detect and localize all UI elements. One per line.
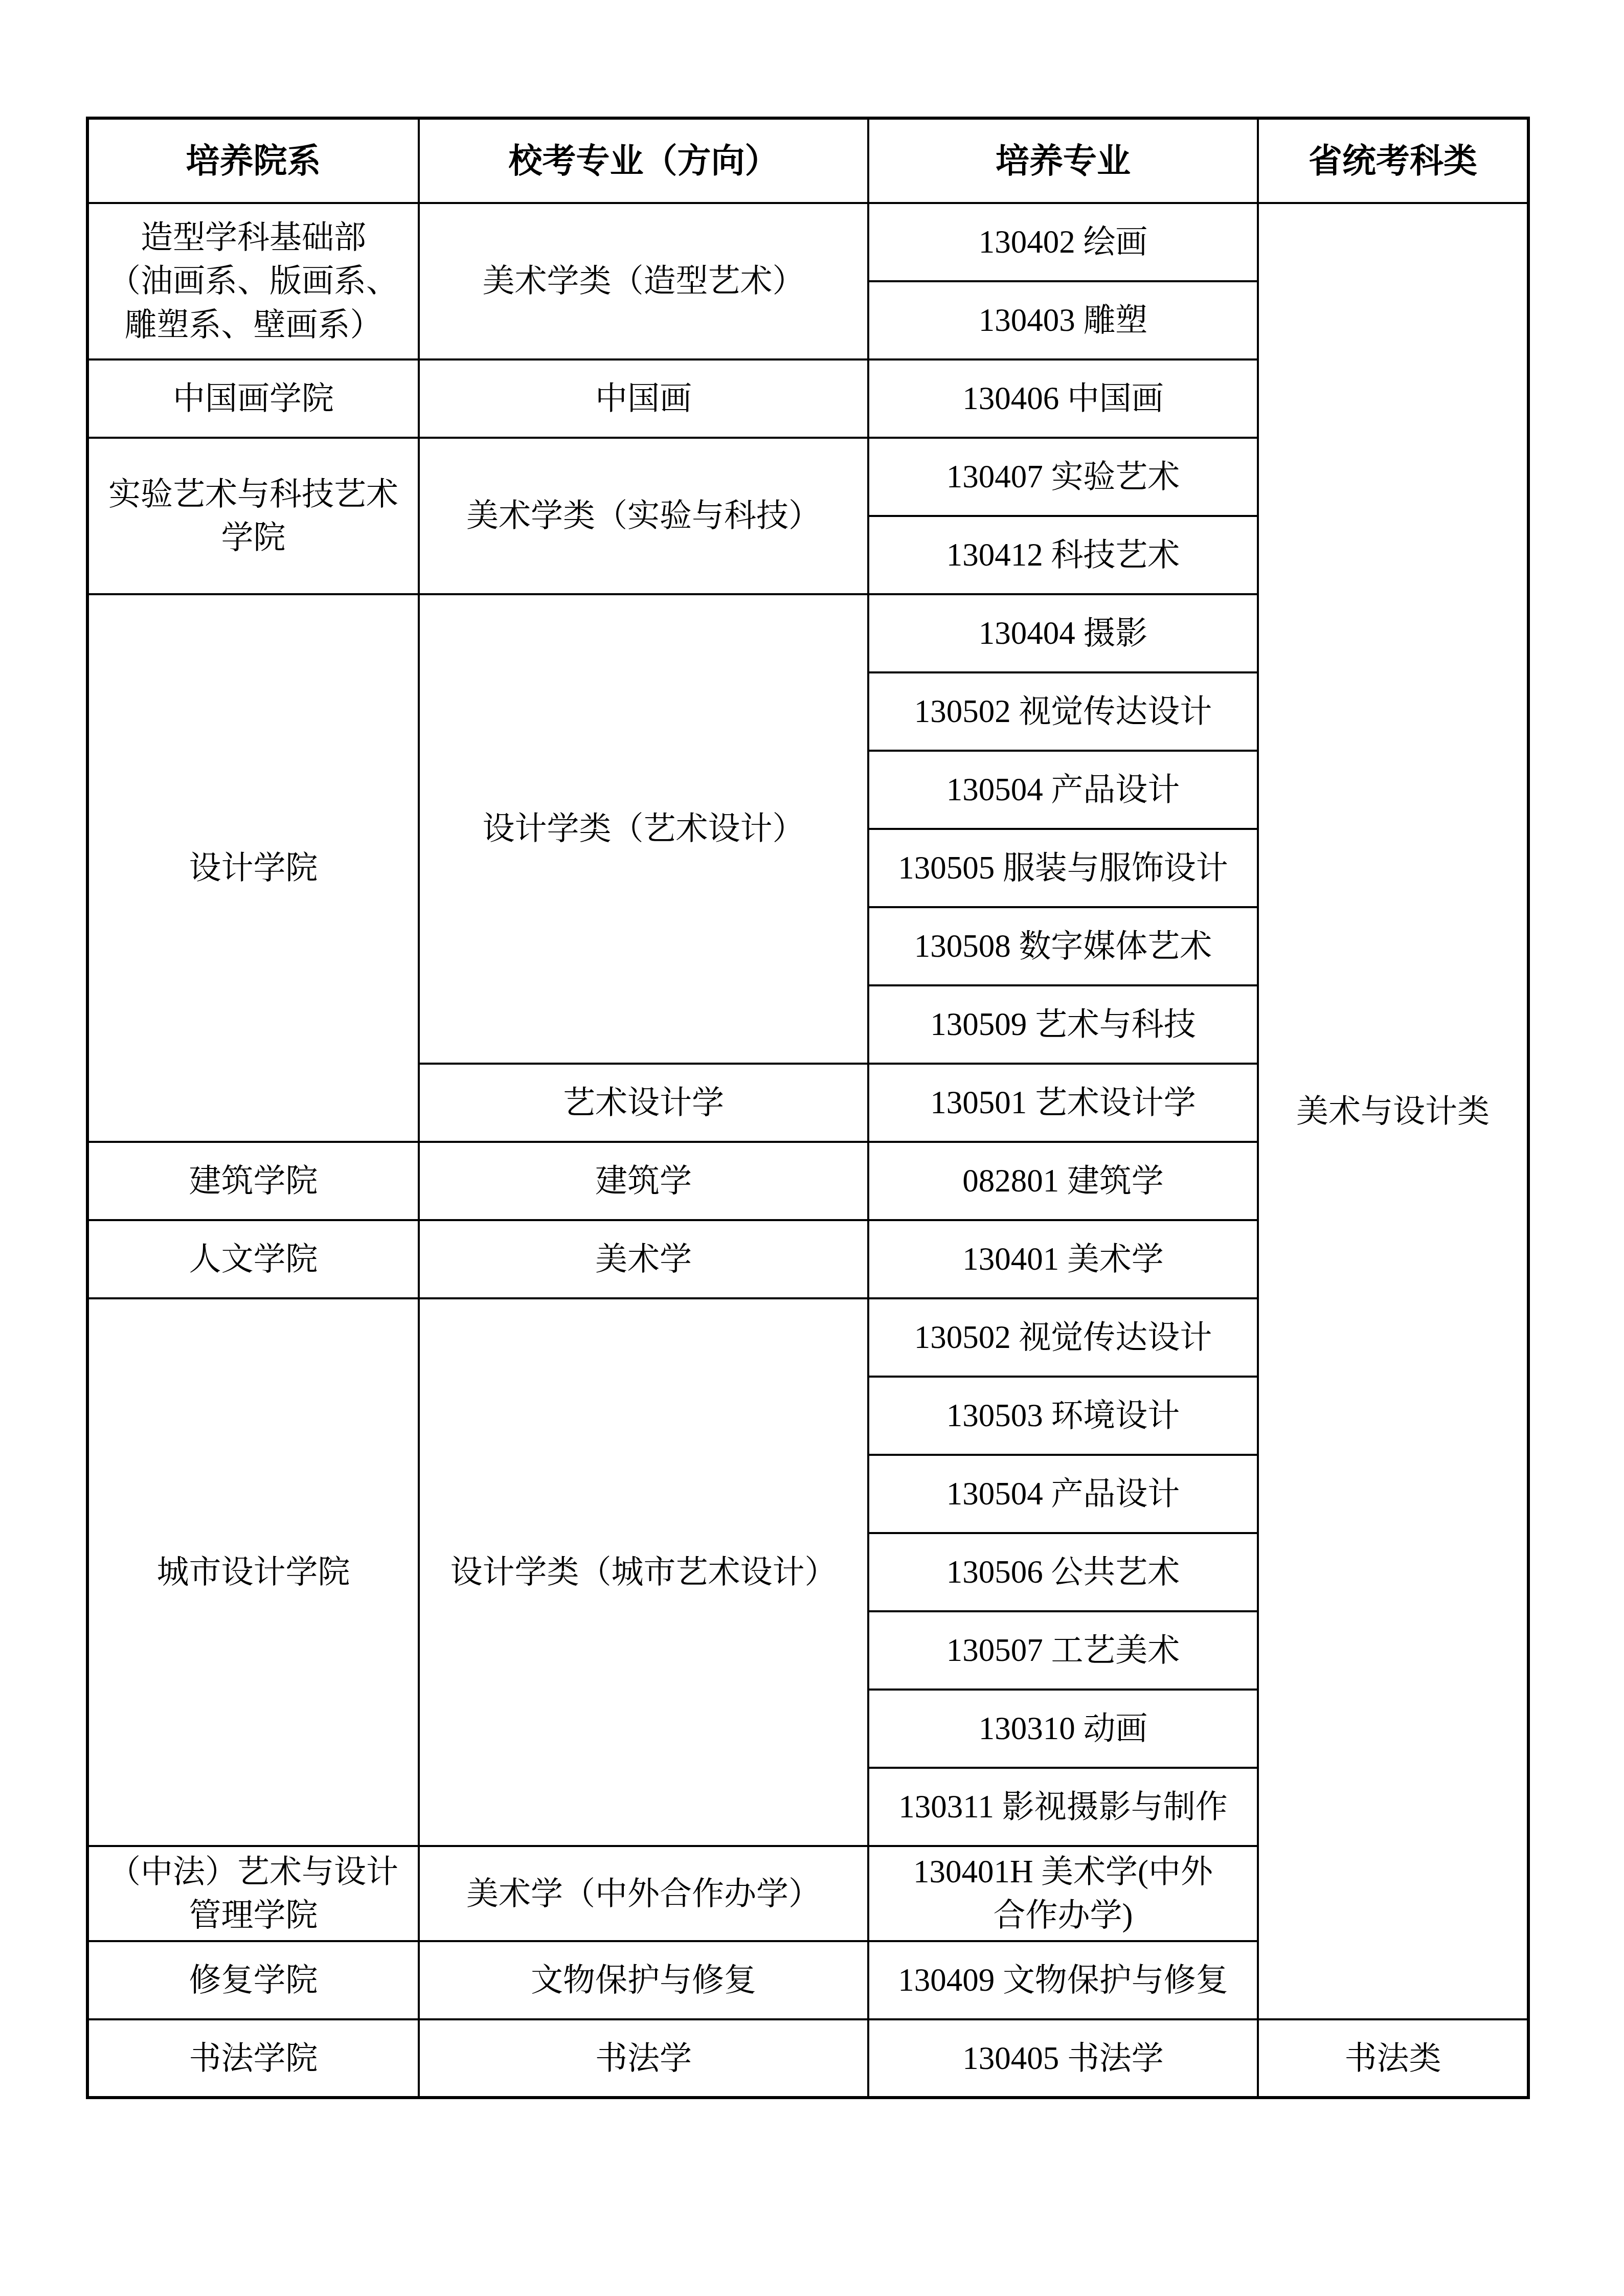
column-header-major: 培养专业 — [868, 118, 1258, 203]
exam-major-cell: 艺术设计学 — [419, 1064, 868, 1142]
table-row: 造型学科基础部 （油画系、版画系、 雕塑系、壁画系） 美术学类（造型艺术） 13… — [87, 203, 1528, 281]
major-cell: 130501 艺术设计学 — [868, 1064, 1258, 1142]
major-cell: 130401H 美术学(中外 合作办学) — [868, 1846, 1258, 1941]
exam-major-cell: 美术学类（造型艺术） — [419, 203, 868, 359]
major-cell: 130412 科技艺术 — [868, 516, 1258, 594]
major-cell: 130502 视觉传达设计 — [868, 1298, 1258, 1377]
admissions-table: 培养院系 校考专业（方向） 培养专业 省统考科类 造型学科基础部 （油画系、版画… — [86, 117, 1530, 2099]
major-cell: 130404 摄影 — [868, 594, 1258, 672]
major-cell: 130503 环境设计 — [868, 1377, 1258, 1455]
major-cell: 130407 实验艺术 — [868, 438, 1258, 516]
major-cell: 130310 动画 — [868, 1690, 1258, 1768]
category-cell: 美术与设计类 — [1258, 203, 1528, 2019]
department-cell: （中法）艺术与设计 管理学院 — [87, 1846, 419, 1941]
major-cell: 130508 数字媒体艺术 — [868, 907, 1258, 985]
major-cell: 130311 影视摄影与制作 — [868, 1768, 1258, 1846]
header-row: 培养院系 校考专业（方向） 培养专业 省统考科类 — [87, 118, 1528, 203]
department-cell: 人文学院 — [87, 1220, 419, 1298]
exam-major-cell: 设计学类（城市艺术设计） — [419, 1298, 868, 1846]
major-cell: 082801 建筑学 — [868, 1142, 1258, 1220]
exam-major-cell: 美术学类（实验与科技） — [419, 438, 868, 594]
major-cell: 130504 产品设计 — [868, 751, 1258, 829]
major-cell: 130506 公共艺术 — [868, 1533, 1258, 1611]
department-cell: 修复学院 — [87, 1941, 419, 2019]
major-cell: 130507 工艺美术 — [868, 1611, 1258, 1690]
exam-major-cell: 书法学 — [419, 2019, 868, 2098]
column-header-exam-major: 校考专业（方向） — [419, 118, 868, 203]
column-header-category: 省统考科类 — [1258, 118, 1528, 203]
major-cell: 130406 中国画 — [868, 359, 1258, 438]
exam-major-cell: 美术学 — [419, 1220, 868, 1298]
major-cell: 130502 视觉传达设计 — [868, 672, 1258, 751]
department-cell: 中国画学院 — [87, 359, 419, 438]
major-cell: 130403 雕塑 — [868, 281, 1258, 359]
major-cell: 130402 绘画 — [868, 203, 1258, 281]
exam-major-cell: 设计学类（艺术设计） — [419, 594, 868, 1064]
exam-major-cell: 中国画 — [419, 359, 868, 438]
department-cell: 书法学院 — [87, 2019, 419, 2098]
major-cell: 130505 服装与服饰设计 — [868, 829, 1258, 907]
column-header-department: 培养院系 — [87, 118, 419, 203]
document-page: 培养院系 校考专业（方向） 培养专业 省统考科类 造型学科基础部 （油画系、版画… — [0, 0, 1624, 2296]
department-cell: 城市设计学院 — [87, 1298, 419, 1846]
category-cell: 书法类 — [1258, 2019, 1528, 2098]
table-row: 书法学院 书法学 130405 书法学 书法类 — [87, 2019, 1528, 2098]
department-cell: 建筑学院 — [87, 1142, 419, 1220]
major-cell: 130509 艺术与科技 — [868, 985, 1258, 1064]
department-cell: 设计学院 — [87, 594, 419, 1142]
exam-major-cell: 文物保护与修复 — [419, 1941, 868, 2019]
department-cell: 实验艺术与科技艺术 学院 — [87, 438, 419, 594]
major-cell: 130405 书法学 — [868, 2019, 1258, 2098]
major-cell: 130409 文物保护与修复 — [868, 1941, 1258, 2019]
exam-major-cell: 建筑学 — [419, 1142, 868, 1220]
department-cell: 造型学科基础部 （油画系、版画系、 雕塑系、壁画系） — [87, 203, 419, 359]
major-cell: 130401 美术学 — [868, 1220, 1258, 1298]
exam-major-cell: 美术学（中外合作办学） — [419, 1846, 868, 1941]
major-cell: 130504 产品设计 — [868, 1455, 1258, 1533]
